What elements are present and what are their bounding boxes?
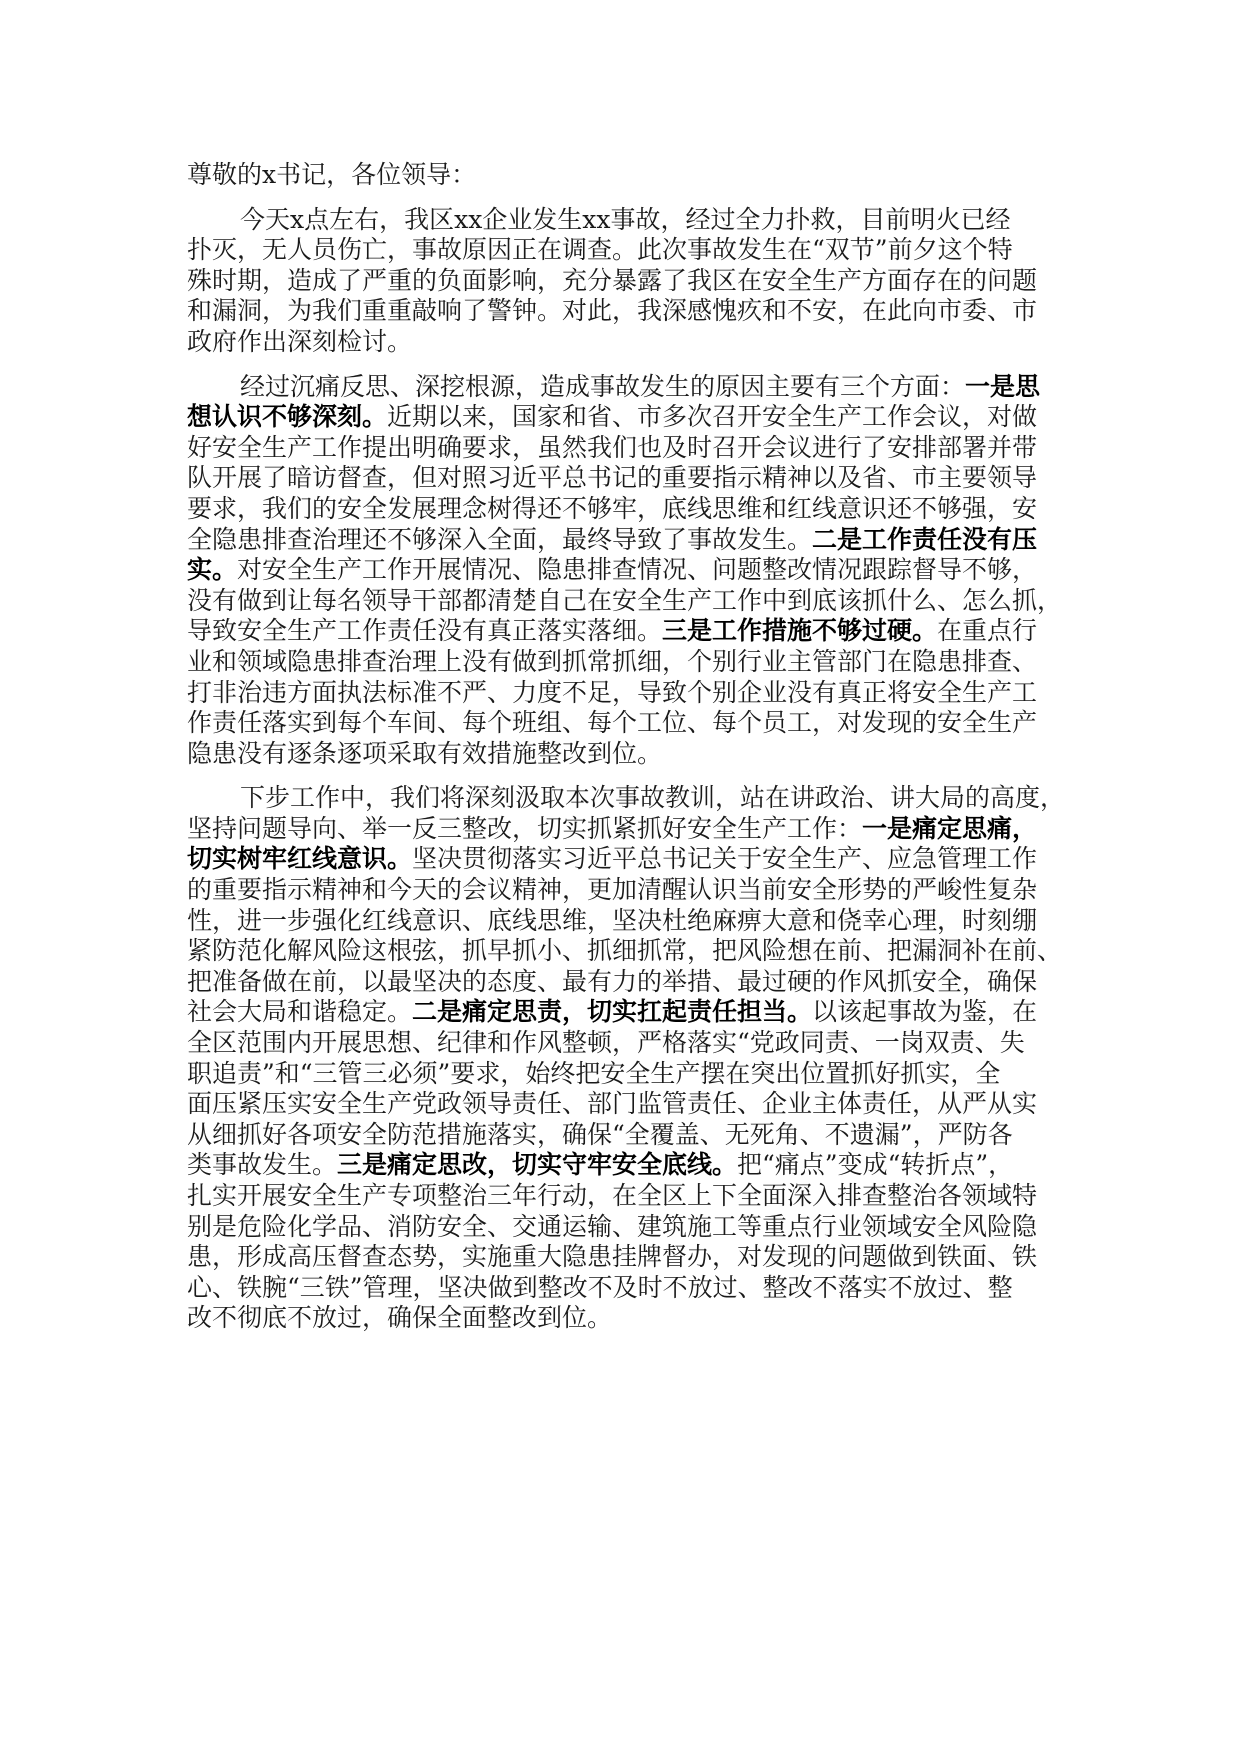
text-line: 别是危险化学品、消防安全、交通运输、建筑施工等重点行业领域安全风险隐 <box>187 1212 1053 1243</box>
body-text: 作责任落实到每个车间、每个班组、每个工位、每个员工，对发现的安全生产 <box>187 708 1037 737</box>
text-line: 从细抓好各项安全防范措施落实，确保“全覆盖、无死角、不遗漏”，严防各 <box>187 1120 1053 1151</box>
text-line: 患，形成高压督查态势，实施重大隐患挂牌督办，对发现的问题做到铁面、铁 <box>187 1242 1053 1273</box>
bold-heading-text: 二是工作责任没有压 <box>812 525 1037 554</box>
body-text: 殊时期，造成了严重的负面影响，充分暴露了我区在安全生产方面存在的问题 <box>187 266 1037 295</box>
body-text: 坚持问题导向、举一反三整改，切实抓紧抓好安全生产工作： <box>187 814 862 843</box>
text-line: 政府作出深刻检讨。 <box>187 327 1053 358</box>
body-text: 近期以来，国家和省、市多次召开安全生产工作会议，对做 <box>387 402 1037 431</box>
body-text: 坚决贯彻落实习近平总书记关于安全生产、应急管理工作 <box>412 844 1037 873</box>
body-text: 职追责”和“三管三必须”要求，始终把安全生产摆在突出位置抓好抓实，全 <box>187 1059 1000 1088</box>
bold-heading-text: 二是痛定思责，切实扛起责任担当。 <box>412 997 812 1026</box>
text-line: 改不彻底不放过，确保全面整改到位。 <box>187 1303 1053 1334</box>
body-text: 在重点行 <box>937 616 1037 645</box>
body-text: 要求，我们的安全发展理念树得还不够牢，底线思维和红线意识还不够强，安 <box>187 494 1037 523</box>
text-line: 全区范围内开展思想、纪律和作风整顿，严格落实“党政同责、一岗双责、失 <box>187 1028 1053 1059</box>
text-line: 今天x点左右，我区xx企业发生xx事故，经过全力扑救，目前明火已经 <box>187 205 1053 236</box>
text-line: 坚持问题导向、举一反三整改，切实抓紧抓好安全生产工作：一是痛定思痛， <box>187 814 1053 845</box>
bold-heading-text: 一是思 <box>965 372 1040 401</box>
body-text: 今天x点左右，我区xx企业发生xx事故，经过全力扑救，目前明火已经 <box>240 205 1011 234</box>
text-line: 要求，我们的安全发展理念树得还不够牢，底线思维和红线意识还不够强，安 <box>187 494 1053 525</box>
text-line: 业和领域隐患排查治理上没有做到抓常抓细，个别行业主管部门在隐患排查、 <box>187 647 1053 678</box>
bold-heading-text: 实。 <box>187 555 237 584</box>
text-line: 类事故发生。三是痛定思改，切实守牢安全底线。把“痛点”变成“转折点”， <box>187 1150 1053 1181</box>
body-text: 打非治违方面执法标准不严、力度不足，导致个别企业没有真正将安全生产工 <box>187 678 1037 707</box>
body-text: 业和领域隐患排查治理上没有做到抓常抓细，个别行业主管部门在隐患排查、 <box>187 647 1037 676</box>
body-text: 社会大局和谐稳定。 <box>187 997 412 1026</box>
body-text: 从细抓好各项安全防范措施落实，确保“全覆盖、无死角、不遗漏”，严防各 <box>187 1120 1013 1149</box>
bold-heading-text: 想认识不够深刻。 <box>187 402 387 431</box>
body-text: 好安全生产工作提出明确要求，虽然我们也及时召开会议进行了安排部署并带 <box>187 433 1037 462</box>
body-text: 把准备做在前，以最坚决的态度、最有力的举措、最过硬的作风抓安全，确保 <box>187 967 1037 996</box>
text-line: 切实树牢红线意识。坚决贯彻落实习近平总书记关于安全生产、应急管理工作 <box>187 844 1053 875</box>
bold-heading-text: 一是痛定思痛， <box>862 814 1037 843</box>
body-text: 全区范围内开展思想、纪律和作风整顿，严格落实“党政同责、一岗双责、失 <box>187 1028 1025 1057</box>
text-line: 紧防范化解风险这根弦，抓早抓小、抓细抓常，把风险想在前、把漏洞补在前、 <box>187 936 1053 967</box>
text-line: 性，进一步强化红线意识、底线思维，坚决杜绝麻痹大意和侥幸心理，时刻绷 <box>187 906 1053 937</box>
body-text: 以该起事故为鉴，在 <box>812 997 1037 1026</box>
text-line: 扎实开展安全生产专项整治三年行动，在全区上下全面深入排查整治各领域特 <box>187 1181 1053 1212</box>
text-line: 社会大局和谐稳定。二是痛定思责，切实扛起责任担当。以该起事故为鉴，在 <box>187 997 1053 1028</box>
body-text: 性，进一步强化红线意识、底线思维，坚决杜绝麻痹大意和侥幸心理，时刻绷 <box>187 906 1037 935</box>
text-line: 下步工作中，我们将深刻汲取本次事故教训，站在讲政治、讲大局的高度， <box>187 783 1053 814</box>
text-line: 把准备做在前，以最坚决的态度、最有力的举措、最过硬的作风抓安全，确保 <box>187 967 1053 998</box>
body-text: 改不彻底不放过，确保全面整改到位。 <box>187 1303 612 1332</box>
bold-heading-text: 三是工作措施不够过硬。 <box>662 616 937 645</box>
body-text: 扎实开展安全生产专项整治三年行动，在全区上下全面深入排查整治各领域特 <box>187 1181 1037 1210</box>
paragraph: 经过沉痛反思、深挖根源，造成事故发生的原因主要有三个方面：一是思想认识不够深刻。… <box>187 372 1053 770</box>
bold-heading-text: 切实树牢红线意识。 <box>187 844 412 873</box>
body-text: 的重要指示精神和今天的会议精神，更加清醒认识当前安全形势的严峻性复杂 <box>187 875 1037 904</box>
body-text: 和漏洞，为我们重重敲响了警钟。对此，我深感愧疚和不安，在此向市委、市 <box>187 296 1037 325</box>
paragraph: 今天x点左右，我区xx企业发生xx事故，经过全力扑救，目前明火已经扑灭，无人员伤… <box>187 205 1053 358</box>
body-text: 政府作出深刻检讨。 <box>187 327 412 356</box>
text-line: 全隐患排查治理还不够深入全面，最终导致了事故发生。二是工作责任没有压 <box>187 525 1053 556</box>
body-text: 类事故发生。 <box>187 1150 337 1179</box>
document-body: 今天x点左右，我区xx企业发生xx事故，经过全力扑救，目前明火已经扑灭，无人员伤… <box>187 205 1053 1334</box>
text-line: 的重要指示精神和今天的会议精神，更加清醒认识当前安全形势的严峻性复杂 <box>187 875 1053 906</box>
bold-heading-text: 三是痛定思改，切实守牢安全底线。 <box>337 1150 737 1179</box>
text-line: 想认识不够深刻。近期以来，国家和省、市多次召开安全生产工作会议，对做 <box>187 402 1053 433</box>
text-line: 导致安全生产工作责任没有真正落实落细。三是工作措施不够过硬。在重点行 <box>187 616 1053 647</box>
salutation: 尊敬的x书记，各位领导： <box>187 160 1053 191</box>
text-line: 实。对安全生产工作开展情况、隐患排查情况、问题整改情况跟踪督导不够， <box>187 555 1053 586</box>
text-line: 职追责”和“三管三必须”要求，始终把安全生产摆在突出位置抓好抓实，全 <box>187 1059 1053 1090</box>
body-text: 全隐患排查治理还不够深入全面，最终导致了事故发生。 <box>187 525 812 554</box>
body-text: 下步工作中，我们将深刻汲取本次事故教训，站在讲政治、讲大局的高度， <box>240 783 1065 812</box>
text-line: 殊时期，造成了严重的负面影响，充分暴露了我区在安全生产方面存在的问题 <box>187 266 1053 297</box>
text-line: 作责任落实到每个车间、每个班组、每个工位、每个员工，对发现的安全生产 <box>187 708 1053 739</box>
body-text: 别是危险化学品、消防安全、交通运输、建筑施工等重点行业领域安全风险隐 <box>187 1212 1037 1241</box>
body-text: 紧防范化解风险这根弦，抓早抓小、抓细抓常，把风险想在前、把漏洞补在前、 <box>187 936 1062 965</box>
text-line: 隐患没有逐条逐项采取有效措施整改到位。 <box>187 739 1053 770</box>
text-line: 好安全生产工作提出明确要求，虽然我们也及时召开会议进行了安排部署并带 <box>187 433 1053 464</box>
body-text: 没有做到让每名领导干部都清楚自己在安全生产工作中到底该抓什么、怎么抓， <box>187 586 1062 615</box>
body-text: 隐患没有逐条逐项采取有效措施整改到位。 <box>187 739 662 768</box>
text-line: 打非治违方面执法标准不严、力度不足，导致个别企业没有真正将安全生产工 <box>187 678 1053 709</box>
body-text: 导致安全生产工作责任没有真正落实落细。 <box>187 616 662 645</box>
text-line: 扑灭，无人员伤亡，事故原因正在调查。此次事故发生在“双节”前夕这个特 <box>187 235 1053 266</box>
body-text: 对安全生产工作开展情况、隐患排查情况、问题整改情况跟踪督导不够， <box>237 555 1037 584</box>
text-line: 队开展了暗访督查，但对照习近平总书记的重要指示精神以及省、市主要领导 <box>187 463 1053 494</box>
body-text: 经过沉痛反思、深挖根源，造成事故发生的原因主要有三个方面： <box>240 372 965 401</box>
text-line: 面压紧压实安全生产党政领导责任、部门监管责任、企业主体责任，从严从实 <box>187 1089 1053 1120</box>
text-line: 和漏洞，为我们重重敲响了警钟。对此，我深感愧疚和不安，在此向市委、市 <box>187 296 1053 327</box>
body-text: 面压紧压实安全生产党政领导责任、部门监管责任、企业主体责任，从严从实 <box>187 1089 1037 1118</box>
body-text: 扑灭，无人员伤亡，事故原因正在调查。此次事故发生在“双节”前夕这个特 <box>187 235 1013 264</box>
paragraph: 下步工作中，我们将深刻汲取本次事故教训，站在讲政治、讲大局的高度，坚持问题导向、… <box>187 783 1053 1334</box>
text-line: 心、铁腕“三铁”管理，坚决做到整改不及时不放过、整改不落实不放过、整 <box>187 1273 1053 1304</box>
body-text: 心、铁腕“三铁”管理，坚决做到整改不及时不放过、整改不落实不放过、整 <box>187 1273 1013 1302</box>
body-text: 队开展了暗访督查，但对照习近平总书记的重要指示精神以及省、市主要领导 <box>187 463 1037 492</box>
text-line: 经过沉痛反思、深挖根源，造成事故发生的原因主要有三个方面：一是思 <box>187 372 1053 403</box>
document-page: 尊敬的x书记，各位领导： 今天x点左右，我区xx企业发生xx事故，经过全力扑救，… <box>187 160 1053 1348</box>
text-line: 没有做到让每名领导干部都清楚自己在安全生产工作中到底该抓什么、怎么抓， <box>187 586 1053 617</box>
body-text: 患，形成高压督查态势，实施重大隐患挂牌督办，对发现的问题做到铁面、铁 <box>187 1242 1037 1271</box>
body-text: 把“痛点”变成“转折点”， <box>737 1150 1013 1179</box>
